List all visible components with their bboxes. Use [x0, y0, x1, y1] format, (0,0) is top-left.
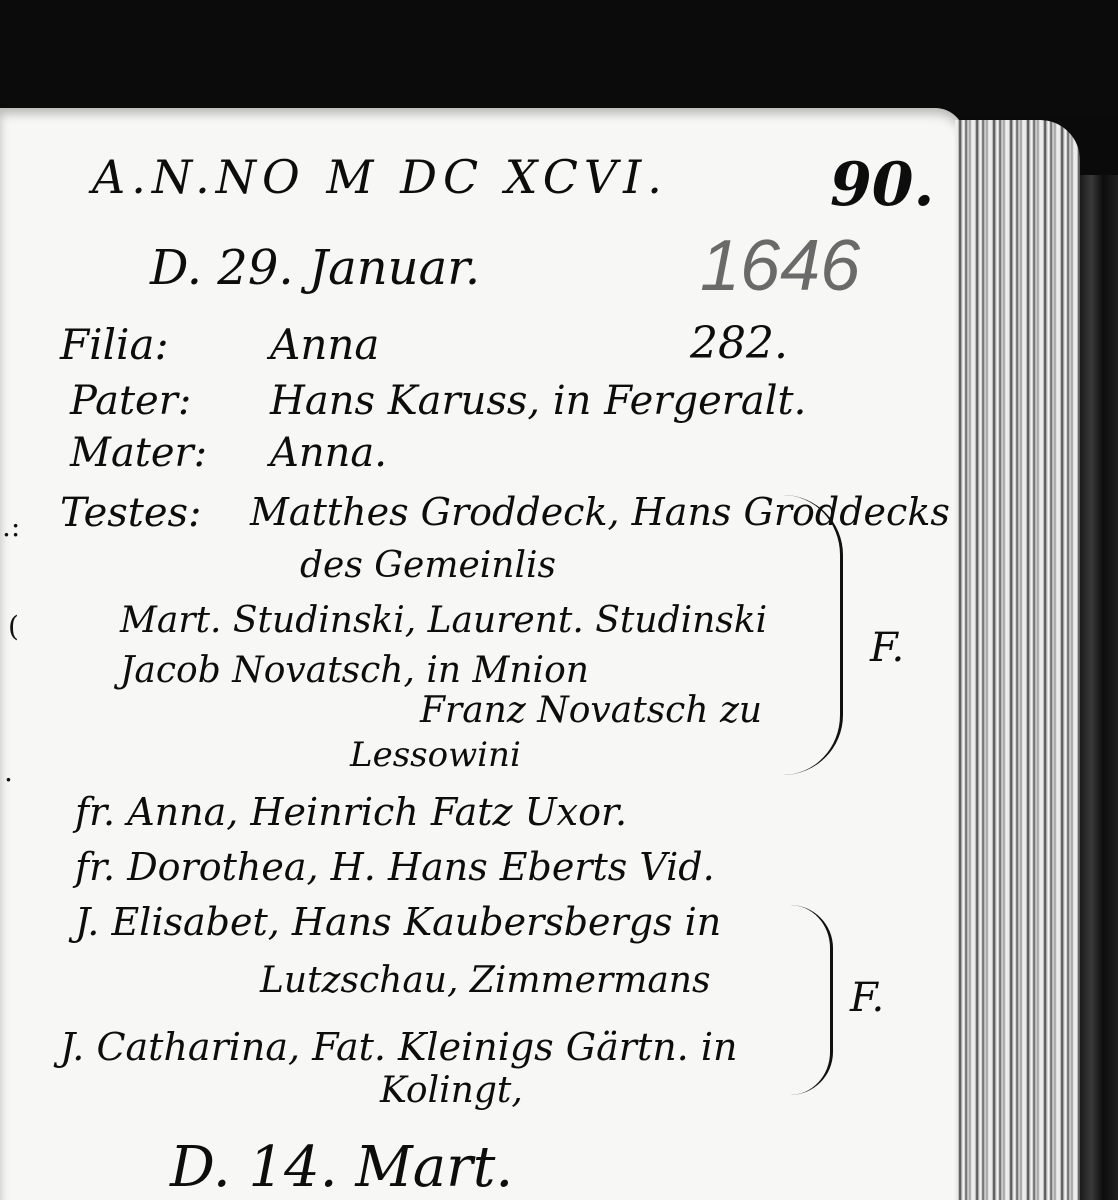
book-page-edges: [955, 120, 1080, 1200]
margin-mark: .:: [2, 510, 20, 543]
filia-name: Anna: [270, 320, 379, 369]
testes-line: Lessowini: [350, 735, 521, 775]
female-witness-line: J. Catharina, Fat. Kleinigs Gärtn. in: [60, 1025, 737, 1069]
female-witness-line: fr. Dorothea, H. Hans Eberts Vid.: [75, 845, 715, 889]
female-witness-line: J. Elisabet, Hans Kaubersbergs in: [75, 900, 721, 944]
filia-label: Filia:: [60, 320, 169, 369]
testes-line: Jacob Novatsch, in Mnion: [120, 650, 589, 691]
testes-line: Mart. Studinski, Laurent. Studinski: [120, 600, 767, 641]
male-witness-marker: F.: [870, 625, 904, 671]
margin-mark: (: [8, 610, 19, 643]
testes-line: Franz Novatsch zu: [420, 690, 762, 731]
female-witness-marker: F.: [850, 975, 884, 1021]
entry-date: D. 29. Januar.: [150, 240, 480, 296]
testes-label: Testes:: [60, 490, 202, 536]
year-heading: A.N.NO M DC XCVI.: [92, 150, 668, 204]
pater-name: Hans Karuss, in Fergeralt.: [270, 378, 806, 424]
male-witness-brace: [780, 495, 843, 775]
testes-line: des Gemeinlis: [300, 545, 556, 586]
pater-label: Pater:: [70, 378, 191, 424]
female-witness-brace: [790, 905, 833, 1095]
folio-number: 90.: [830, 150, 934, 220]
next-entry-date: D. 14. Mart.: [170, 1135, 513, 1200]
mater-name: Anna.: [270, 430, 387, 476]
background-dark: [0, 0, 1118, 115]
mater-label: Mater:: [70, 430, 207, 476]
entry-number: 282.: [690, 318, 788, 369]
testes-line: Matthes Groddeck, Hans Groddecks: [250, 490, 950, 534]
female-witness-line: fr. Anna, Heinrich Fatz Uxor.: [75, 790, 627, 834]
female-witness-line: Kolingt,: [380, 1070, 523, 1111]
pencil-year-annotation: 1646: [700, 225, 860, 307]
margin-mark: .: [4, 755, 13, 788]
female-witness-line: Lutzschau, Zimmermans: [260, 960, 710, 1001]
book-cover: [1080, 175, 1118, 1200]
